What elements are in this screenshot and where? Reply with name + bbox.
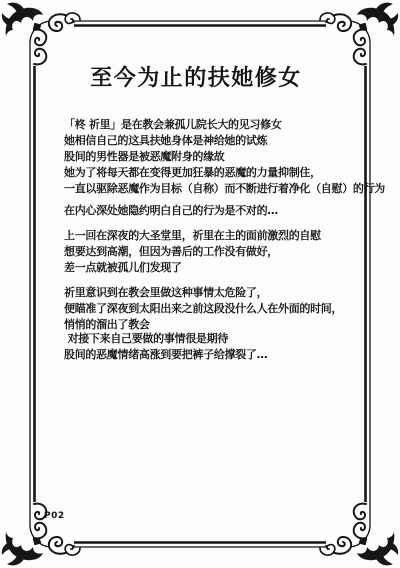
paragraph: 「柊 祈里」是在教会兼孤儿院长大的见习修女她相信自己的这具扶她身体是神给她的试炼… <box>64 117 370 197</box>
corner-flourish-bottom-left <box>2 504 80 566</box>
paragraph: 在内心深处她隐约明白自己的行为是不对的… <box>64 203 370 219</box>
text-line: 便瞄准了深夜到太阳出来之前这段没什么人在外面的时间， <box>64 301 370 317</box>
text-line: 对接下来自己要做的事情很是期待 <box>64 331 370 347</box>
body-text: 「柊 祈里」是在教会兼孤儿院长大的见习修女她相信自己的这具扶她身体是神给她的试炼… <box>64 117 370 363</box>
paragraph: 对接下来自己要做的事情很是期待股间的恶魔情绪高涨到要把裤子给撑裂了… <box>64 331 370 363</box>
text-line: 想要达到高潮，但因为善后的工作没有做好， <box>64 244 370 260</box>
text-line: 她为了将每天都在变得更加狂暴的恶魔的力量抑制住， <box>64 165 370 181</box>
text-line: 差一点就被孤儿们发现了 <box>64 260 370 276</box>
paragraph: 上一回在深夜的大圣堂里，祈里在主的面前激烈的自慰想要达到高潮，但因为善后的工作没… <box>64 228 370 276</box>
text-line: 股间的男性器是被恶魔附身的缘故 <box>64 149 370 165</box>
text-line: 她相信自己的这具扶她身体是神给她的试炼 <box>64 133 370 149</box>
text-line: 祈里意识到在教会里做这种事情太危险了， <box>64 285 370 301</box>
text-line: 上一回在深夜的大圣堂里，祈里在主的面前激烈的自慰 <box>64 228 370 244</box>
page-title: 至今为止的扶她修女 <box>0 61 396 92</box>
text-line: 在内心深处她隐约明白自己的行为是不对的… <box>64 203 370 219</box>
corner-flourish-top-left <box>2 3 80 65</box>
text-line: 「柊 祈里」是在教会兼孤儿院长大的见习修女 <box>64 117 370 133</box>
text-line: 一直以驱除恶魔作为目标（自称）而不断进行着净化（自慰）的行为 <box>64 181 370 197</box>
document-page: 至今为止的扶她修女 「柊 祈里」是在教会兼孤儿院长大的见习修女她相信自己的这具扶… <box>0 0 400 568</box>
text-line: 股间的恶魔情绪高涨到要把裤子给撑裂了… <box>64 347 370 363</box>
page-number-label: P02 <box>44 511 65 521</box>
paragraph: 祈里意识到在教会里做这种事情太危险了，便瞄准了深夜到太阳出来之前这段没什么人在外… <box>64 285 370 333</box>
corner-flourish-top-right <box>320 3 398 65</box>
corner-flourish-bottom-right <box>320 504 398 566</box>
